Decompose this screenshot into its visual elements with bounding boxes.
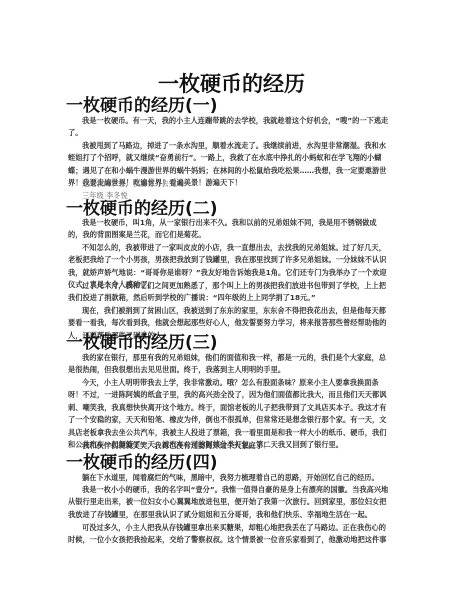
paragraph-text: 我和伙伴们说说笑笑，我再也没有过要离开这个大家庭了！	[82, 441, 270, 450]
paragraph: 可没过多久，小主人把我从存钱罐里拿出来买糖果，却粗心地把我丢在了马路边。正在我伤…	[68, 522, 390, 547]
paragraph: 我是一枚硬币。有一天，我的小主人连蹦带跳的去学校，我就趁着这个好机会，“嗖”的一…	[68, 115, 390, 140]
section-heading-3: 一枚硬币的经历(三)	[66, 333, 218, 353]
paragraph: 我是一枚硬币，叫1角，从一家银行出来不久。我和以前的兄弟姐妹不同，我是用不锈钢做…	[68, 217, 390, 242]
paragraph-text: 可没过多久，小主人把我从存钱罐里拿出来买糖果，却粗心地把我丢在了马路边。正在我伤…	[68, 523, 386, 544]
paragraph: 过了几个月，我和它们之间更加熟悉了，那个叫上上的男孩把我们放进书包带到了学校，上…	[68, 280, 390, 305]
paragraph-text: 躺在下水道里，闻着腐烂的气味，黑暗中，我努力梳理着自己的思路，开始回忆自己的经历…	[82, 473, 379, 482]
paragraph-text: 我是一枚硬币。有一天，我的小主人连蹦带跳的去学校，我就趁着这个好机会，“嗖”的一…	[68, 116, 388, 137]
section-heading-1: 一枚硬币的经历(一)	[66, 96, 218, 116]
paragraph-text: 我是一枚小小的硬币，我的名字叫“壹分”。我惟一值得自豪的是身上有漂亮的国徽。当我…	[68, 485, 388, 519]
document-title: 一枚硬币的经历	[0, 72, 463, 96]
paragraph-text: 过了几个月，我和它们之间更加熟悉了，那个叫上上的男孩把我们放进书包带到了学校，上…	[68, 281, 386, 302]
paragraph: 我的家在银行，那里有我的兄弟姐妹，他们的面值和我一样，都是一元的，我们是个大家庭…	[68, 352, 390, 377]
paragraph: 我和伙伴们说说笑笑，我再也没有过要离开这个大家庭了！	[68, 440, 390, 452]
section-heading-4: 一枚硬币的经历(四)	[66, 453, 218, 473]
paragraph-text: 这是我的梦想，我要努力去完成！	[82, 179, 191, 188]
section-heading-2: 一枚硬币的经历(二)	[66, 199, 218, 219]
paragraph-text: 我是一枚硬币，叫1角，从一家银行出来不久。我和以前的兄弟姐妹不同，我是用不锈钢做…	[68, 218, 377, 239]
paragraph: 我是一枚小小的硬币，我的名字叫“壹分”。我惟一值得自豪的是身上有漂亮的国徽。当我…	[68, 484, 390, 521]
paragraph-text: 今天，小主人明明带我去上学，我非常激动。哦？怎么有股面条味？原来小主人要拿我换面…	[68, 378, 386, 449]
document-page: 一枚硬币的经历 一枚硬币的经历(一) 我是一枚硬币。有一天，我的小主人连蹦带跳的…	[0, 0, 463, 600]
paragraph-text: 我的家在银行，那里有我的兄弟姐妹，他们的面值和我一样，都是一元的，我们是个大家庭…	[68, 353, 386, 374]
paragraph: 这是我的梦想，我要努力去完成！	[68, 178, 390, 190]
paragraph: 躺在下水道里，闻着腐烂的气味，黑暗中，我努力梳理着自己的思路，开始回忆自己的经历…	[68, 472, 390, 484]
